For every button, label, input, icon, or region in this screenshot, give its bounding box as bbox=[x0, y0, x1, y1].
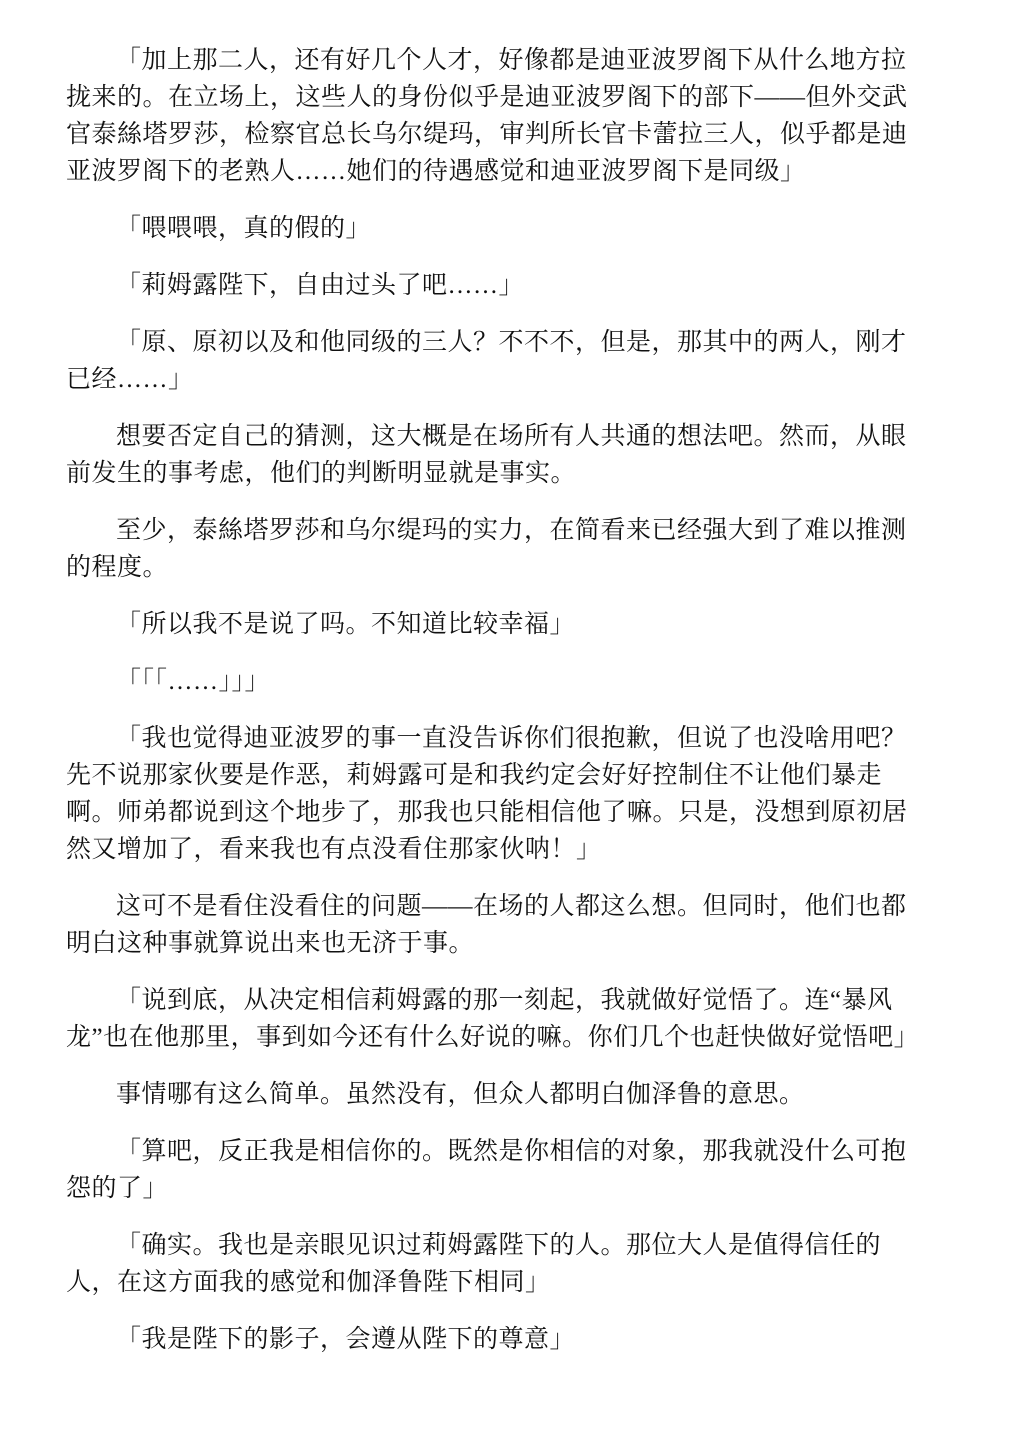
paragraph: 「说到底，从决定相信莉姆露的那一刻起，我就做好觉悟了。连“暴风龙”也在他那里，事… bbox=[66, 982, 930, 1056]
paragraph: 「我也觉得迪亚波罗的事一直没告诉你们很抱歉，但说了也没啥用吧？先不说那家伙要是作… bbox=[66, 720, 930, 868]
page-text: 「加上那二人，还有好几个人才，好像都是迪亚波罗阁下从什么地方拉拢来的。在立场上，… bbox=[66, 42, 930, 1358]
paragraph: 这可不是看住没看住的问题——在场的人都这么想。但同时，他们也都明白这种事就算说出… bbox=[66, 888, 930, 962]
paragraph: 「算吧，反正我是相信你的。既然是你相信的对象，那我就没什么可抱怨的了」 bbox=[66, 1133, 930, 1207]
paragraph: 「喂喂喂，真的假的」 bbox=[66, 210, 930, 247]
paragraph: 「原、原初以及和他同级的三人？不不不，但是，那其中的两人，刚才已经……」 bbox=[66, 324, 930, 398]
paragraph: 「确实。我也是亲眼见识过莉姆露陛下的人。那位大人是值得信任的人，在这方面我的感觉… bbox=[66, 1227, 930, 1301]
paragraph: 想要否定自己的猜测，这大概是在场所有人共通的想法吧。然而，从眼前发生的事考虑，他… bbox=[66, 418, 930, 492]
paragraph: 「莉姆露陛下，自由过头了吧……」 bbox=[66, 267, 930, 304]
paragraph: 「所以我不是说了吗。不知道比较幸福」 bbox=[66, 606, 930, 643]
paragraph: 「加上那二人，还有好几个人才，好像都是迪亚波罗阁下从什么地方拉拢来的。在立场上，… bbox=[66, 42, 930, 190]
novel-page: 「加上那二人，还有好几个人才，好像都是迪亚波罗阁下从什么地方拉拢来的。在立场上，… bbox=[0, 0, 1017, 1437]
paragraph: 「我是陛下的影子，会遵从陛下的尊意」 bbox=[66, 1321, 930, 1358]
paragraph: 至少，泰絲塔罗莎和乌尔缇玛的实力，在简看来已经强大到了难以推测的程度。 bbox=[66, 512, 930, 586]
paragraph: 事情哪有这么简单。虽然没有，但众人都明白伽泽鲁的意思。 bbox=[66, 1076, 930, 1113]
paragraph: 「「「……」」」 bbox=[66, 663, 930, 700]
